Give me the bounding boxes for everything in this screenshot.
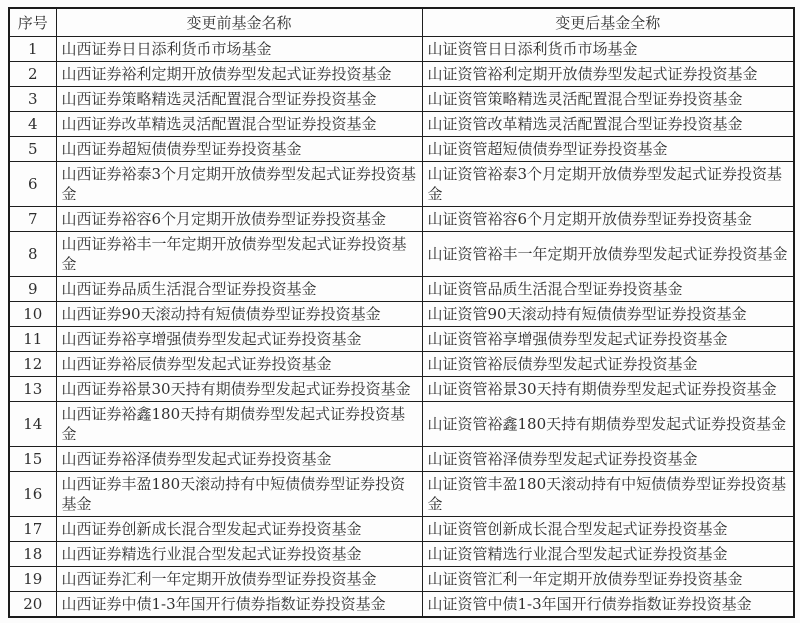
table-row: 9 山西证券品质生活混合型证券投资基金 山证资管品质生活混合型证券投资基金 (9, 277, 794, 302)
table-row: 3 山西证券策略精选灵活配置混合型证券投资基金 山证资管策略精选灵活配置混合型证… (9, 87, 794, 112)
row-number: 19 (9, 567, 56, 592)
table-row: 8 山西证券裕丰一年定期开放债券型发起式证券投资基金 山证资管裕丰一年定期开放债… (9, 232, 794, 277)
table-row: 6 山西证券裕泰3个月定期开放债券型发起式证券投资基金 山证资管裕泰3个月定期开… (9, 162, 794, 207)
table-row: 15 山西证券裕泽债券型发起式证券投资基金 山证资管裕泽债券型发起式证券投资基金 (9, 447, 794, 472)
row-number: 6 (9, 162, 56, 207)
header-cell-no: 序号 (9, 8, 56, 37)
fund-name-before: 山西证券裕容6个月定期开放债券型证券投资基金 (56, 207, 422, 232)
row-number: 20 (9, 592, 56, 618)
fund-name-before: 山西证券裕泽债券型发起式证券投资基金 (56, 447, 422, 472)
row-number: 16 (9, 472, 56, 517)
table-header: 序号 变更前基金名称 变更后基金全称 (9, 8, 794, 37)
row-number: 8 (9, 232, 56, 277)
fund-name-after: 山证资管裕丰一年定期开放债券型发起式证券投资基金 (422, 232, 794, 277)
header-row: 序号 变更前基金名称 变更后基金全称 (9, 8, 794, 37)
header-cell-before-name: 变更前基金名称 (56, 8, 422, 37)
table-row: 7 山西证券裕容6个月定期开放债券型证券投资基金 山证资管裕容6个月定期开放债券… (9, 207, 794, 232)
fund-name-before: 山西证券策略精选灵活配置混合型证券投资基金 (56, 87, 422, 112)
fund-name-before: 山西证券精选行业混合型发起式证券投资基金 (56, 542, 422, 567)
fund-name-before: 山西证券日日添利货币市场基金 (56, 37, 422, 62)
row-number: 17 (9, 517, 56, 542)
fund-name-after: 山证资管裕鑫180天持有期债券型发起式证券投资基金 (422, 402, 794, 447)
fund-name-after: 山证资管裕辰债券型发起式证券投资基金 (422, 352, 794, 377)
fund-name-before: 山西证券90天滚动持有短债债券型证券投资基金 (56, 302, 422, 327)
fund-name-after: 山证资管中债1-3年国开行债券指数证券投资基金 (422, 592, 794, 618)
row-number: 2 (9, 62, 56, 87)
row-number: 9 (9, 277, 56, 302)
row-number: 14 (9, 402, 56, 447)
fund-name-after: 山证资管丰盈180天滚动持有中短债债券型证券投资基金 (422, 472, 794, 517)
fund-rename-table: 序号 变更前基金名称 变更后基金全称 1 山西证券日日添利货币市场基金 山证资管… (8, 7, 795, 618)
fund-name-before: 山西证券丰盈180天滚动持有中短债债券型证券投资基金 (56, 472, 422, 517)
fund-name-after: 山证资管品质生活混合型证券投资基金 (422, 277, 794, 302)
table-body: 1 山西证券日日添利货币市场基金 山证资管日日添利货币市场基金 2 山西证券裕利… (9, 37, 794, 618)
fund-name-after: 山证资管改革精选灵活配置混合型证券投资基金 (422, 112, 794, 137)
table-row: 13 山西证券裕景30天持有期债券型发起式证券投资基金 山证资管裕景30天持有期… (9, 377, 794, 402)
fund-name-before: 山西证券裕丰一年定期开放债券型发起式证券投资基金 (56, 232, 422, 277)
table-row: 16 山西证券丰盈180天滚动持有中短债债券型证券投资基金 山证资管丰盈180天… (9, 472, 794, 517)
table-row: 14 山西证券裕鑫180天持有期债券型发起式证券投资基金 山证资管裕鑫180天持… (9, 402, 794, 447)
fund-name-after: 山证资管日日添利货币市场基金 (422, 37, 794, 62)
row-number: 4 (9, 112, 56, 137)
table-row: 10 山西证券90天滚动持有短债债券型证券投资基金 山证资管90天滚动持有短债债… (9, 302, 794, 327)
fund-name-after: 山证资管裕泰3个月定期开放债券型发起式证券投资基金 (422, 162, 794, 207)
fund-name-before: 山西证券中债1-3年国开行债券指数证券投资基金 (56, 592, 422, 618)
row-number: 12 (9, 352, 56, 377)
fund-name-before: 山西证券超短债债券型证券投资基金 (56, 137, 422, 162)
table-row: 18 山西证券精选行业混合型发起式证券投资基金 山证资管精选行业混合型发起式证券… (9, 542, 794, 567)
fund-name-before: 山西证券裕泰3个月定期开放债券型发起式证券投资基金 (56, 162, 422, 207)
table-row: 5 山西证券超短债债券型证券投资基金 山证资管超短债债券型证券投资基金 (9, 137, 794, 162)
row-number: 7 (9, 207, 56, 232)
fund-name-before: 山西证券创新成长混合型发起式证券投资基金 (56, 517, 422, 542)
table-row: 1 山西证券日日添利货币市场基金 山证资管日日添利货币市场基金 (9, 37, 794, 62)
table-row: 20 山西证券中债1-3年国开行债券指数证券投资基金 山证资管中债1-3年国开行… (9, 592, 794, 618)
fund-name-before: 山西证券裕享增强债券型发起式证券投资基金 (56, 327, 422, 352)
row-number: 3 (9, 87, 56, 112)
row-number: 5 (9, 137, 56, 162)
fund-name-before: 山西证券裕辰债券型发起式证券投资基金 (56, 352, 422, 377)
fund-name-after: 山证资管超短债债券型证券投资基金 (422, 137, 794, 162)
table-row: 2 山西证券裕利定期开放债券型发起式证券投资基金 山证资管裕利定期开放债券型发起… (9, 62, 794, 87)
table-row: 4 山西证券改革精选灵活配置混合型证券投资基金 山证资管改革精选灵活配置混合型证… (9, 112, 794, 137)
table-row: 11 山西证券裕享增强债券型发起式证券投资基金 山证资管裕享增强债券型发起式证券… (9, 327, 794, 352)
fund-name-before: 山西证券品质生活混合型证券投资基金 (56, 277, 422, 302)
table-row: 19 山西证券汇利一年定期开放债券型证券投资基金 山证资管汇利一年定期开放债券型… (9, 567, 794, 592)
fund-name-after: 山证资管裕容6个月定期开放债券型证券投资基金 (422, 207, 794, 232)
row-number: 15 (9, 447, 56, 472)
fund-name-before: 山西证券改革精选灵活配置混合型证券投资基金 (56, 112, 422, 137)
table-row: 12 山西证券裕辰债券型发起式证券投资基金 山证资管裕辰债券型发起式证券投资基金 (9, 352, 794, 377)
header-cell-after-name: 变更后基金全称 (422, 8, 794, 37)
fund-name-before: 山西证券裕景30天持有期债券型发起式证券投资基金 (56, 377, 422, 402)
row-number: 18 (9, 542, 56, 567)
fund-name-before: 山西证券汇利一年定期开放债券型证券投资基金 (56, 567, 422, 592)
row-number: 10 (9, 302, 56, 327)
fund-name-after: 山证资管裕享增强债券型发起式证券投资基金 (422, 327, 794, 352)
row-number: 1 (9, 37, 56, 62)
fund-name-after: 山证资管创新成长混合型发起式证券投资基金 (422, 517, 794, 542)
fund-name-after: 山证资管汇利一年定期开放债券型证券投资基金 (422, 567, 794, 592)
fund-name-after: 山证资管裕景30天持有期债券型发起式证券投资基金 (422, 377, 794, 402)
document-page: 序号 变更前基金名称 变更后基金全称 1 山西证券日日添利货币市场基金 山证资管… (0, 0, 800, 623)
fund-name-after: 山证资管精选行业混合型发起式证券投资基金 (422, 542, 794, 567)
fund-name-before: 山西证券裕鑫180天持有期债券型发起式证券投资基金 (56, 402, 422, 447)
row-number: 13 (9, 377, 56, 402)
row-number: 11 (9, 327, 56, 352)
fund-name-after: 山证资管策略精选灵活配置混合型证券投资基金 (422, 87, 794, 112)
fund-name-after: 山证资管90天滚动持有短债债券型证券投资基金 (422, 302, 794, 327)
fund-name-before: 山西证券裕利定期开放债券型发起式证券投资基金 (56, 62, 422, 87)
table-row: 17 山西证券创新成长混合型发起式证券投资基金 山证资管创新成长混合型发起式证券… (9, 517, 794, 542)
fund-name-after: 山证资管裕利定期开放债券型发起式证券投资基金 (422, 62, 794, 87)
fund-name-after: 山证资管裕泽债券型发起式证券投资基金 (422, 447, 794, 472)
